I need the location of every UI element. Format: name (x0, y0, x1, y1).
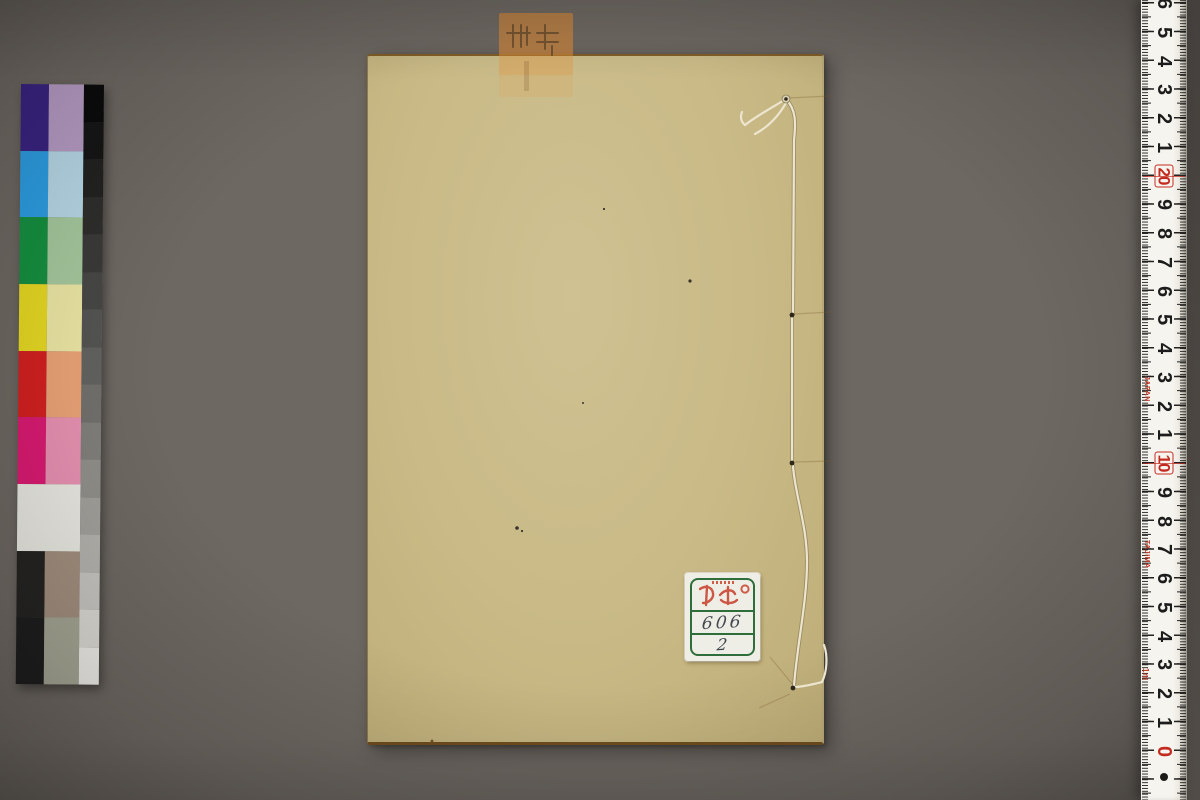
label-volume: 2 (716, 635, 728, 655)
ruler-number: 9 (1154, 199, 1174, 209)
ruler-number: 4 (1154, 630, 1174, 640)
grayscale-step (79, 610, 99, 648)
color-patch (44, 551, 80, 618)
color-chart-row (18, 417, 82, 484)
color-chart-row (19, 284, 83, 351)
ruler-number: 4 (1154, 343, 1174, 353)
ruler-decade-line (1143, 176, 1185, 177)
color-chart-row (17, 484, 81, 551)
orange-tape (499, 13, 573, 97)
grayscale-step (82, 235, 102, 273)
color-chart-row (16, 551, 80, 618)
color-patch (19, 217, 48, 284)
color-patch (18, 351, 47, 418)
grayscale-step (80, 460, 100, 498)
ruler-number: 1 (1154, 142, 1174, 152)
ruler-number: 3 (1154, 659, 1174, 669)
ruler-meter-text: 1m (1141, 668, 1150, 681)
measuring-tape-ruler: TAJIMA JAPAN 1m 654321209876543211098765… (1141, 0, 1187, 800)
right-shadow-band (1186, 0, 1200, 800)
ruler-brand-text: TAJIMA (1143, 540, 1150, 569)
color-chart-row (19, 217, 83, 284)
grayscale-step (81, 347, 101, 385)
grayscale-step (81, 385, 101, 423)
color-patch (48, 84, 84, 151)
color-patch (48, 151, 84, 218)
ruler-number: 3 (1154, 84, 1174, 94)
color-patch (19, 284, 48, 351)
grayscale-step (82, 310, 102, 348)
color-chart-row (20, 151, 84, 218)
ruler-number: 2 (1154, 113, 1174, 123)
grayscale-step (83, 160, 103, 198)
ruler-number: 7 (1154, 544, 1174, 554)
color-patch (17, 484, 81, 551)
ruler-number: 5 (1154, 27, 1174, 37)
grayscale-step (83, 122, 103, 160)
tape-inscription (499, 13, 573, 97)
ruler-origin-text: JAPAN (1143, 376, 1150, 402)
label-number-cell: 606 (692, 612, 753, 635)
ruler-end-hole (1160, 773, 1168, 781)
grayscale-step (79, 647, 99, 685)
photo-scene: 606 2 (0, 0, 1200, 800)
color-patch-columns (16, 84, 84, 685)
ruler-number: 3 (1154, 372, 1174, 382)
ruler-number: 1 (1154, 717, 1174, 727)
color-chart-row (16, 617, 80, 684)
ruler-number: 2 (1154, 688, 1174, 698)
ruler-number: 8 (1154, 228, 1174, 238)
ruler-number-red: 0 (1154, 745, 1174, 755)
color-patch (18, 417, 47, 484)
color-chart-row (18, 351, 82, 418)
ruler-number: 6 (1154, 0, 1174, 8)
color-calibration-chart (16, 84, 104, 685)
color-patch (20, 84, 49, 151)
grayscale-step (82, 272, 102, 310)
grayscale-step (80, 535, 100, 573)
color-chart-row (20, 84, 84, 151)
color-patch (46, 351, 82, 418)
grayscale-step (81, 422, 101, 460)
label-stamp-cell (692, 580, 753, 612)
color-patch (46, 418, 82, 485)
color-patch (20, 151, 49, 218)
ruler-number: 5 (1154, 314, 1174, 324)
ruler-number: 9 (1154, 487, 1174, 497)
label-volume-cell: 2 (692, 635, 753, 654)
ruler-decade-line (1143, 463, 1185, 464)
red-seal-circle (741, 585, 748, 592)
grayscale-step (84, 85, 104, 123)
ruler-number: 8 (1154, 515, 1174, 525)
grayscale-strip (79, 85, 104, 685)
grayscale-step (80, 497, 100, 535)
label-frame: 606 2 (690, 578, 755, 656)
color-patch (16, 551, 45, 618)
ruler-number: 1 (1154, 429, 1174, 439)
color-patch (47, 284, 83, 351)
red-stamp (692, 580, 754, 610)
catalog-label: 606 2 (685, 573, 760, 661)
ruler-number: 6 (1154, 573, 1174, 583)
ruler-number: 6 (1154, 285, 1174, 295)
ruler-number: 2 (1154, 400, 1174, 410)
grayscale-step (79, 572, 99, 610)
color-patch (47, 218, 83, 285)
ruler-number: 5 (1154, 602, 1174, 612)
grayscale-step (83, 197, 103, 235)
label-number: 606 (701, 611, 744, 633)
color-patch (44, 618, 80, 685)
ruler-number: 7 (1154, 257, 1174, 267)
book-cover: 606 2 (367, 54, 824, 745)
ruler-number: 4 (1154, 55, 1174, 65)
color-patch (16, 617, 45, 684)
